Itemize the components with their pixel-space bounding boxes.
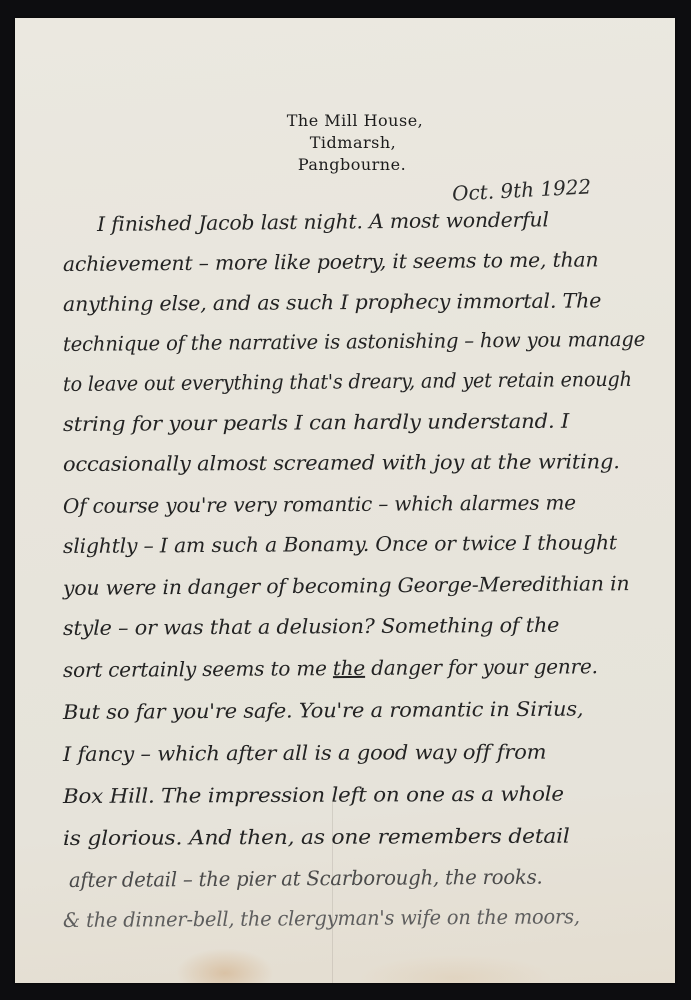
- handwritten-line: Box Hill. The impression left on one as …: [63, 782, 564, 808]
- handwritten-line: you were in danger of becoming George-Me…: [63, 571, 630, 600]
- handwritten-line: slightly – I am such a Bonamy. Once or t…: [63, 530, 617, 558]
- handwritten-line: anything else, and as such I prophecy im…: [63, 288, 601, 316]
- handwritten-line: & the dinner-bell, the clergyman's wife …: [63, 904, 580, 932]
- handwritten-line: technique of the narrative is astonishin…: [63, 327, 645, 356]
- letterhead-line: The Mill House,: [245, 110, 465, 132]
- handwritten-line: I fancy – which after all is a good way …: [63, 740, 546, 766]
- handwritten-line: to leave out everything that's dreary, a…: [63, 367, 632, 396]
- handwritten-line: achievement – more like poetry, it seems…: [63, 247, 599, 276]
- letterhead: The Mill House, Tidmarsh, Pangbourne.: [245, 110, 465, 176]
- handwritten-line: occasionally almost screamed with joy at…: [63, 449, 620, 476]
- letterhead-line: Tidmarsh,: [241, 132, 465, 154]
- handwritten-line: after detail – the pier at Scarborough, …: [69, 865, 543, 892]
- line-text: sort certainly seems to me: [63, 656, 333, 682]
- handwritten-line: But so far you're safe. You're a romanti…: [63, 697, 584, 724]
- handwritten-line: sort certainly seems to me the danger fo…: [63, 654, 598, 682]
- handwritten-line: string for your pearls I can hardly unde…: [63, 409, 569, 436]
- line-text: danger for your genre.: [365, 654, 598, 680]
- handwritten-line: I finished Jacob last night. A most wond…: [97, 207, 549, 236]
- letter-date: Oct. 9th 1922: [451, 174, 591, 205]
- handwritten-line: is glorious. And then, as one remembers …: [63, 824, 570, 850]
- handwritten-line: Of course you're very romantic – which a…: [63, 490, 576, 518]
- letterhead-line: Pangbourne.: [239, 154, 465, 176]
- letter-page: The Mill House, Tidmarsh, Pangbourne. Oc…: [15, 18, 675, 983]
- handwritten-line: style – or was that a delusion? Somethin…: [63, 613, 559, 640]
- underlined-word: the: [333, 656, 365, 680]
